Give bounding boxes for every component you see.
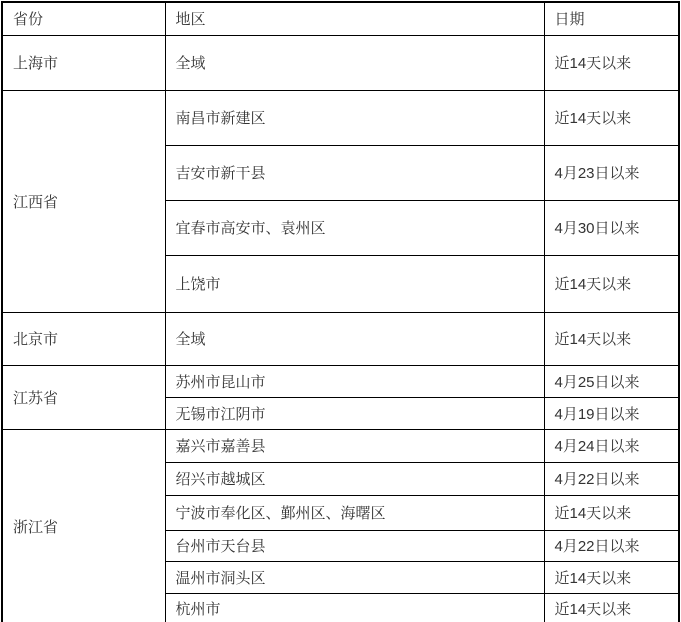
date-cell: 近14天以来	[544, 495, 679, 530]
date-cell: 4月19日以来	[544, 397, 679, 429]
region-cell: 南昌市新建区	[165, 90, 544, 145]
header-row: 省份 地区 日期	[2, 2, 679, 35]
date-cell: 近14天以来	[544, 561, 679, 593]
date-cell: 近14天以来	[544, 593, 679, 622]
date-cell: 近14天以来	[544, 255, 679, 312]
date-cell: 4月23日以来	[544, 145, 679, 200]
date-cell: 4月24日以来	[544, 429, 679, 462]
province-cell: 江西省	[2, 90, 165, 312]
table-row: 江西省 南昌市新建区 近14天以来	[2, 90, 679, 145]
date-cell: 4月22日以来	[544, 462, 679, 495]
region-cell: 杭州市	[165, 593, 544, 622]
region-cell: 上饶市	[165, 255, 544, 312]
province-cell: 上海市	[2, 35, 165, 90]
province-cell: 江苏省	[2, 365, 165, 429]
date-cell: 4月25日以来	[544, 365, 679, 397]
table-row: 浙江省 嘉兴市嘉善县 4月24日以来	[2, 429, 679, 462]
table-row: 上海市 全域 近14天以来	[2, 35, 679, 90]
region-cell: 无锡市江阴市	[165, 397, 544, 429]
region-cell: 宁波市奉化区、鄞州区、海曙区	[165, 495, 544, 530]
province-cell: 北京市	[2, 312, 165, 365]
region-cell: 宜春市高安市、袁州区	[165, 200, 544, 255]
region-cell: 苏州市昆山市	[165, 365, 544, 397]
table-row: 北京市 全域 近14天以来	[2, 312, 679, 365]
province-cell: 浙江省	[2, 429, 165, 622]
date-cell: 近14天以来	[544, 90, 679, 145]
region-cell: 全域	[165, 312, 544, 365]
date-cell: 4月22日以来	[544, 530, 679, 561]
region-cell: 嘉兴市嘉善县	[165, 429, 544, 462]
region-cell: 台州市天台县	[165, 530, 544, 561]
province-region-date-table: 省份 地区 日期 上海市 全域 近14天以来 江西省 南昌市新建区 近14天以来…	[1, 1, 680, 622]
table-row: 江苏省 苏州市昆山市 4月25日以来	[2, 365, 679, 397]
column-header-region: 地区	[165, 2, 544, 35]
column-header-province: 省份	[2, 2, 165, 35]
region-cell: 绍兴市越城区	[165, 462, 544, 495]
date-cell: 4月30日以来	[544, 200, 679, 255]
date-cell: 近14天以来	[544, 312, 679, 365]
region-cell: 吉安市新干县	[165, 145, 544, 200]
region-cell: 全域	[165, 35, 544, 90]
date-cell: 近14天以来	[544, 35, 679, 90]
column-header-date: 日期	[544, 2, 679, 35]
region-cell: 温州市洞头区	[165, 561, 544, 593]
